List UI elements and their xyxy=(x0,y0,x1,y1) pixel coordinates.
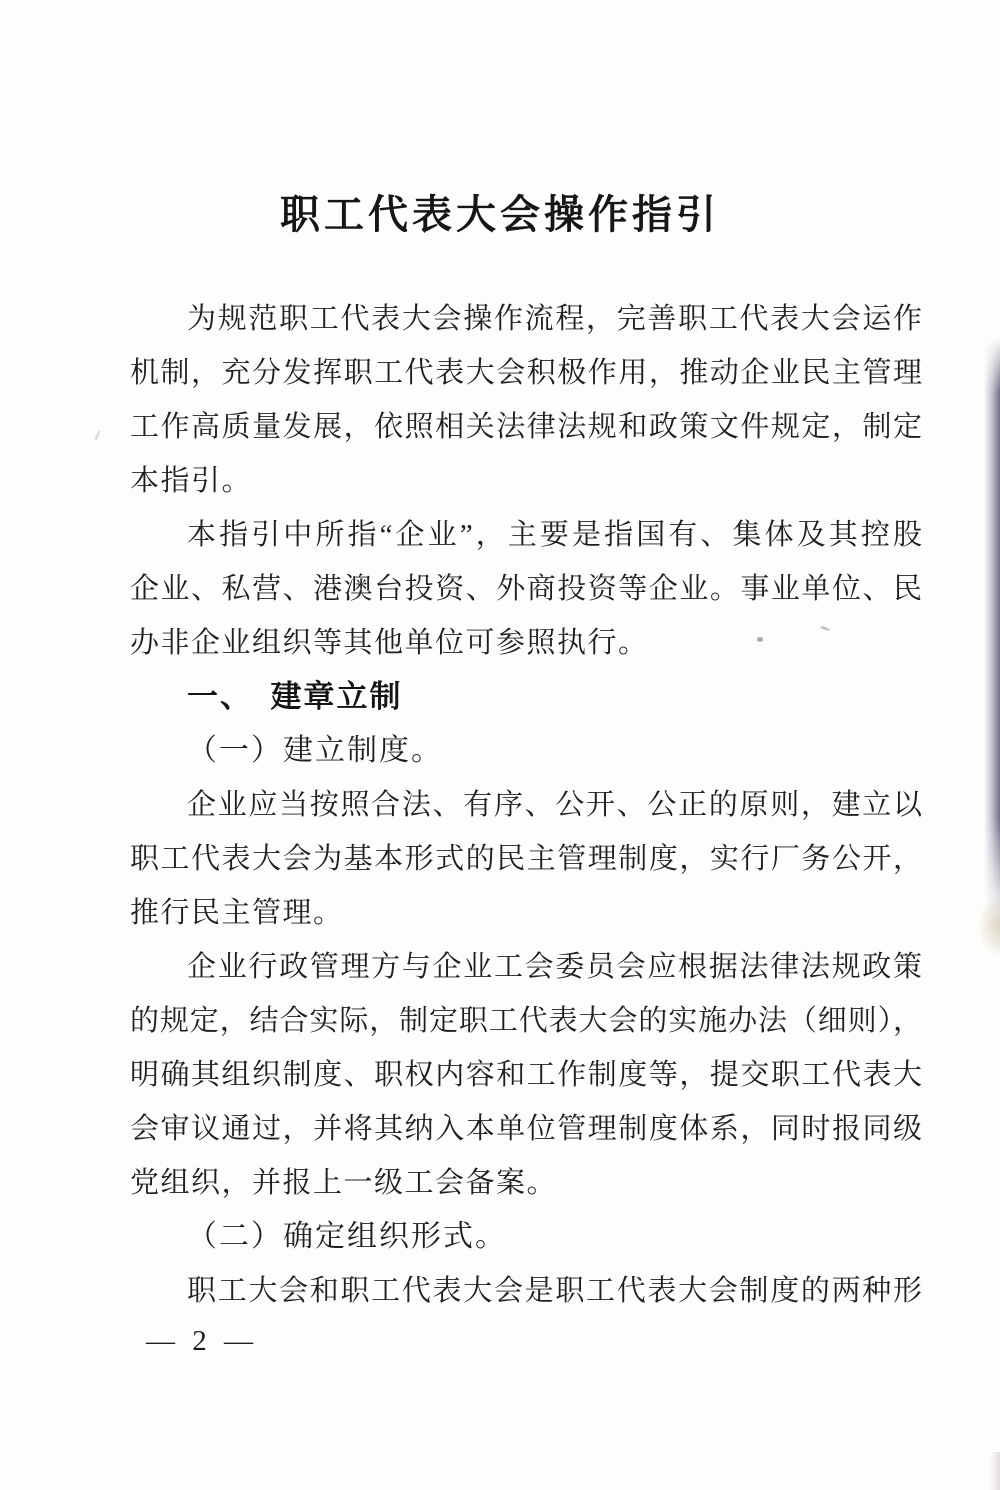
scan-edge-blob xyxy=(978,893,1000,957)
text-line-body: 职工代表大会为基本形式的民主管理制度，实行厂务公开， xyxy=(130,832,922,886)
text-line-body: 企业、私营、港澳台投资、外商投资等企业。事业单位、民 xyxy=(130,562,922,616)
scan-speck xyxy=(94,430,101,441)
text-line-body: 企业行政管理方与企业工会委员会应根据法律法规政策 xyxy=(130,940,922,994)
text-line-body: 推行民主管理。 xyxy=(130,886,922,940)
document-title: 职工代表大会操作指引 xyxy=(0,190,1000,240)
text-line-body: 明确其组织制度、职权内容和工作制度等，提交职工代表大 xyxy=(130,1048,922,1102)
scanned-document-page: 职工代表大会操作指引 为规范职工代表大会操作流程，完善职工代表大会运作机制，充分… xyxy=(0,0,1000,1490)
text-line-body: 职工大会和职工代表大会是职工代表大会制度的两种形 xyxy=(130,1264,922,1318)
text-line-body: 机制，充分发挥职工代表大会积极作用，推动企业民主管理 xyxy=(130,346,922,400)
text-line-heading: 一、 建章立制 xyxy=(130,670,922,724)
text-line-subheading: （一）建立制度。 xyxy=(130,724,922,778)
text-line-body: 党组织，并报上一级工会备案。 xyxy=(130,1156,922,1210)
page-number: — 2 — xyxy=(146,1318,258,1364)
text-line-body: 工作高质量发展，依照相关法律法规和政策文件规定，制定 xyxy=(130,400,922,454)
scan-corner-mark xyxy=(990,1452,1000,1490)
scan-speck xyxy=(757,637,763,642)
text-line-body: 企业应当按照合法、有序、公开、公正的原则，建立以 xyxy=(130,778,922,832)
text-line-body: 为规范职工代表大会操作流程，完善职工代表大会运作 xyxy=(130,292,922,346)
text-line-body: 本指引。 xyxy=(130,454,922,508)
text-line-body: 办非企业组织等其他单位可参照执行。 xyxy=(130,616,922,670)
text-line-body: 会审议通过，并将其纳入本单位管理制度体系，同时报同级 xyxy=(130,1102,922,1156)
text-line-subheading: （二）确定组织形式。 xyxy=(130,1210,922,1264)
scan-edge-shadow xyxy=(984,338,1000,918)
text-line-body: 的规定，结合实际，制定职工代表大会的实施办法（细则）， xyxy=(130,994,922,1048)
document-body: 为规范职工代表大会操作流程，完善职工代表大会运作机制，充分发挥职工代表大会积极作… xyxy=(130,292,922,1318)
text-line-body: 本指引中所指“企业”，主要是指国有、集体及其控股 xyxy=(130,508,922,562)
